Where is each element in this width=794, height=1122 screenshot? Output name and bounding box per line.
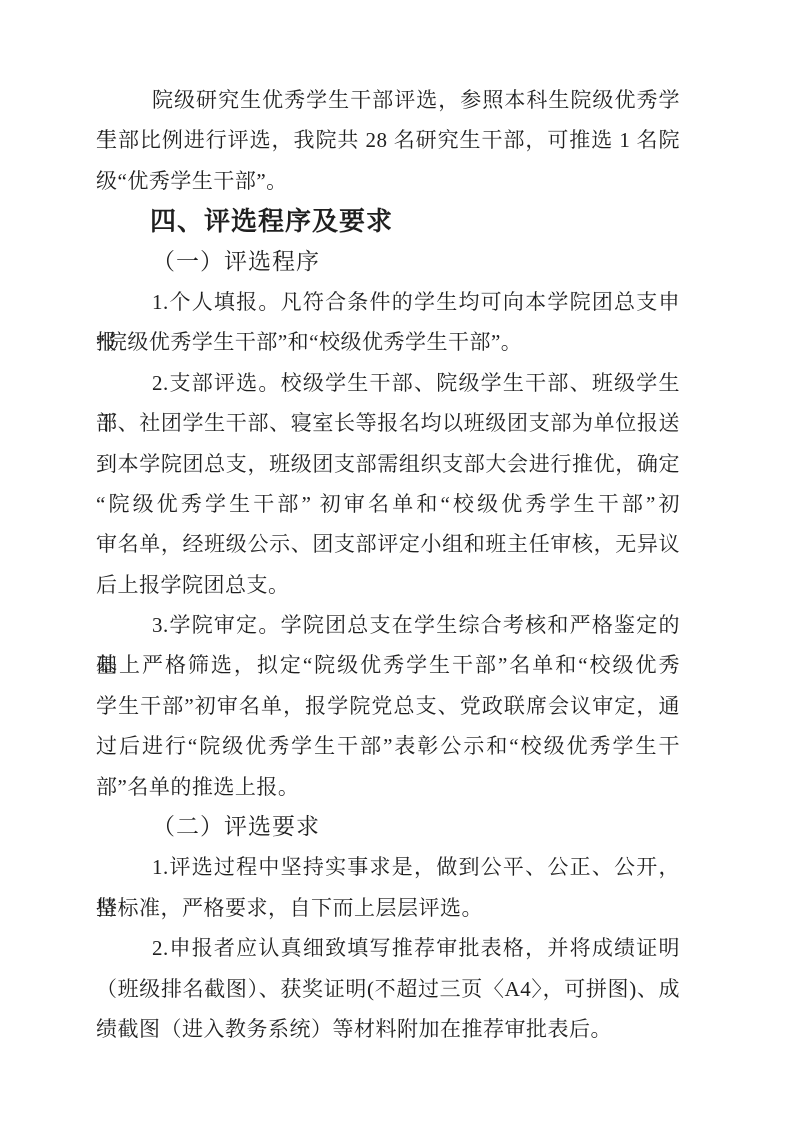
document-body: 院级研究生优秀学生干部评选，参照本科生院级优秀学生 干部比例进行评选，我院共 2… [96, 80, 680, 1049]
paragraph-line: 过后进行“院级优秀学生干部”表彰公示和“校级优秀学生干 [96, 726, 680, 766]
paragraph-line: 部”名单的推选上报。 [96, 767, 680, 807]
paragraph-line: 学生干部”初审名单，报学院党总支、党政联席会议审定，通 [96, 686, 680, 726]
paragraph-line: 院级研究生优秀学生干部评选，参照本科生院级优秀学生 [96, 80, 680, 120]
paragraph-line: 干部比例进行评选，我院共 28 名研究生干部，可推选 1 名院 [96, 120, 680, 160]
paragraph-line: 级“优秀学生干部”。 [96, 161, 680, 201]
paragraph-line: 持标准，严格要求，自下而上层层评选。 [96, 888, 680, 928]
paragraph-line: （班级排名截图）、获奖证明(不超过三页〈A4〉，可拼图)、成 [96, 969, 680, 1009]
paragraph-line: “院级优秀学生干部” 初审名单和“校级优秀学生干部”初 [96, 484, 680, 524]
paragraph-line: 2.支部评选。校级学生干部、院级学生干部、班级学生干 [96, 363, 680, 403]
paragraph-line: 1.个人填报。凡符合条件的学生均可向本学院团总支申报 [96, 282, 680, 322]
paragraph-line: 础上严格筛选，拟定“院级优秀学生干部”名单和“校级优秀 [96, 645, 680, 685]
paragraph-line: 绩截图（进入教务系统）等材料附加在推荐审批表后。 [96, 1009, 680, 1049]
section-heading: 四、评选程序及要求 [96, 201, 680, 241]
paragraph-line: 1.评选过程中坚持实事求是，做到公平、公正、公开，坚 [96, 847, 680, 887]
paragraph-line: 2.申报者应认真细致填写推荐审批表格，并将成绩证明 [96, 928, 680, 968]
paragraph-line: “院级优秀学生干部”和“校级优秀学生干部”。 [96, 322, 680, 362]
paragraph-line: 3.学院审定。学院团总支在学生综合考核和严格鉴定的基 [96, 605, 680, 645]
paragraph-line: 审名单，经班级公示、团支部评定小组和班主任审核，无异议 [96, 524, 680, 564]
paragraph-line: 后上报学院团总支。 [96, 565, 680, 605]
paragraph-line: 到本学院团总支，班级团支部需组织支部大会进行推优，确定 [96, 444, 680, 484]
paragraph-line: 部、社团学生干部、寝室长等报名均以班级团支部为单位报送 [96, 403, 680, 443]
subsection-heading: （二）评选要求 [96, 807, 680, 847]
subsection-heading: （一）评选程序 [96, 242, 680, 282]
document-page: 院级研究生优秀学生干部评选，参照本科生院级优秀学生 干部比例进行评选，我院共 2… [0, 0, 794, 1122]
